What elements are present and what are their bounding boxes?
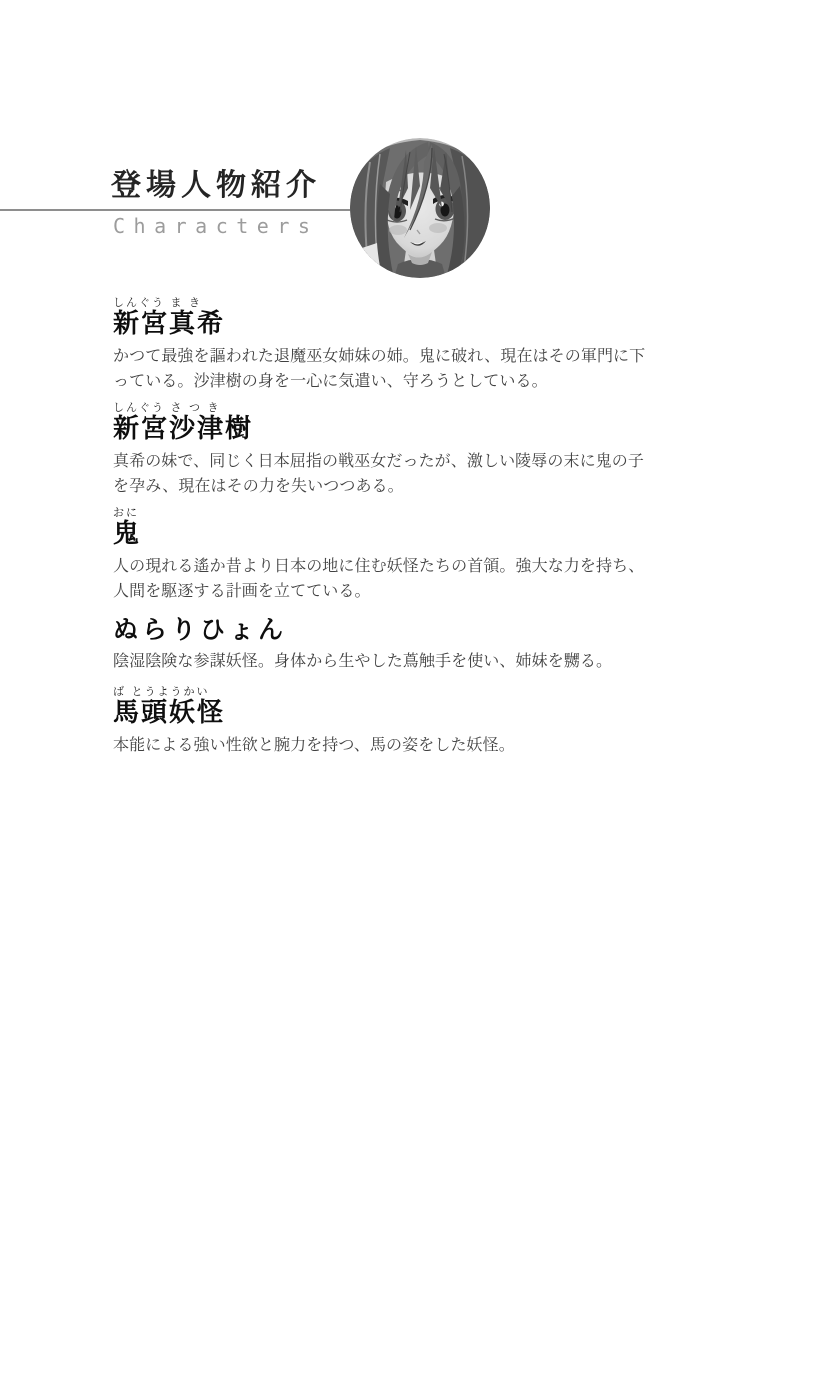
character-entry-nurarihyon: ぬらりひょん 陰湿陰険な参謀妖怪。身体から生やした蔦触手を使い、姉妹を嬲る。: [113, 612, 653, 673]
character-name: 馬頭妖怪: [113, 699, 653, 728]
character-description: 本能による強い性欲と腕力を持つ、馬の姿をした妖怪。: [113, 732, 648, 757]
character-description: かつて最強を謳われた退魔巫女姉妹の姉。鬼に破れ、現在はその軍門に下っている。沙津…: [113, 343, 648, 393]
character-list: しんぐう ま き 新宮真希 かつて最強を謳われた退魔巫女姉妹の姉。鬼に破れ、現在…: [113, 297, 653, 766]
page-subtitle: Characters: [113, 214, 318, 238]
character-furigana: おに: [113, 507, 653, 520]
character-name: 新宮沙津樹: [113, 415, 653, 444]
character-portrait: [350, 138, 490, 278]
anime-girl-face-icon: [350, 138, 490, 278]
characters-page: 登場人物紹介 Characters: [0, 0, 832, 1400]
page-title: 登場人物紹介: [111, 168, 321, 204]
character-name: ぬらりひょん: [113, 612, 653, 644]
character-name: 新宮真希: [113, 310, 653, 339]
character-entry-satsuki: しんぐう さ つ き 新宮沙津樹 真希の妹で、同じく日本屈指の戦巫女だったが、激…: [113, 402, 653, 498]
character-description: 陰湿陰険な参謀妖怪。身体から生やした蔦触手を使い、姉妹を嬲る。: [113, 648, 648, 673]
character-entry-oni: おに 鬼 人の現れる遙か昔より日本の地に住む妖怪たちの首領。強大な力を持ち、人間…: [113, 507, 653, 603]
character-entry-batou: ば とうようかい 馬頭妖怪 本能による強い性欲と腕力を持つ、馬の姿をした妖怪。: [113, 686, 653, 757]
character-entry-maki: しんぐう ま き 新宮真希 かつて最強を謳われた退魔巫女姉妹の姉。鬼に破れ、現在…: [113, 297, 653, 393]
character-description: 真希の妹で、同じく日本屈指の戦巫女だったが、激しい陵辱の末に鬼の子を孕み、現在は…: [113, 448, 648, 498]
header-divider-line: [0, 209, 351, 211]
character-description: 人の現れる遙か昔より日本の地に住む妖怪たちの首領。強大な力を持ち、人間を駆逐する…: [113, 553, 648, 603]
character-name: 鬼: [113, 520, 653, 549]
